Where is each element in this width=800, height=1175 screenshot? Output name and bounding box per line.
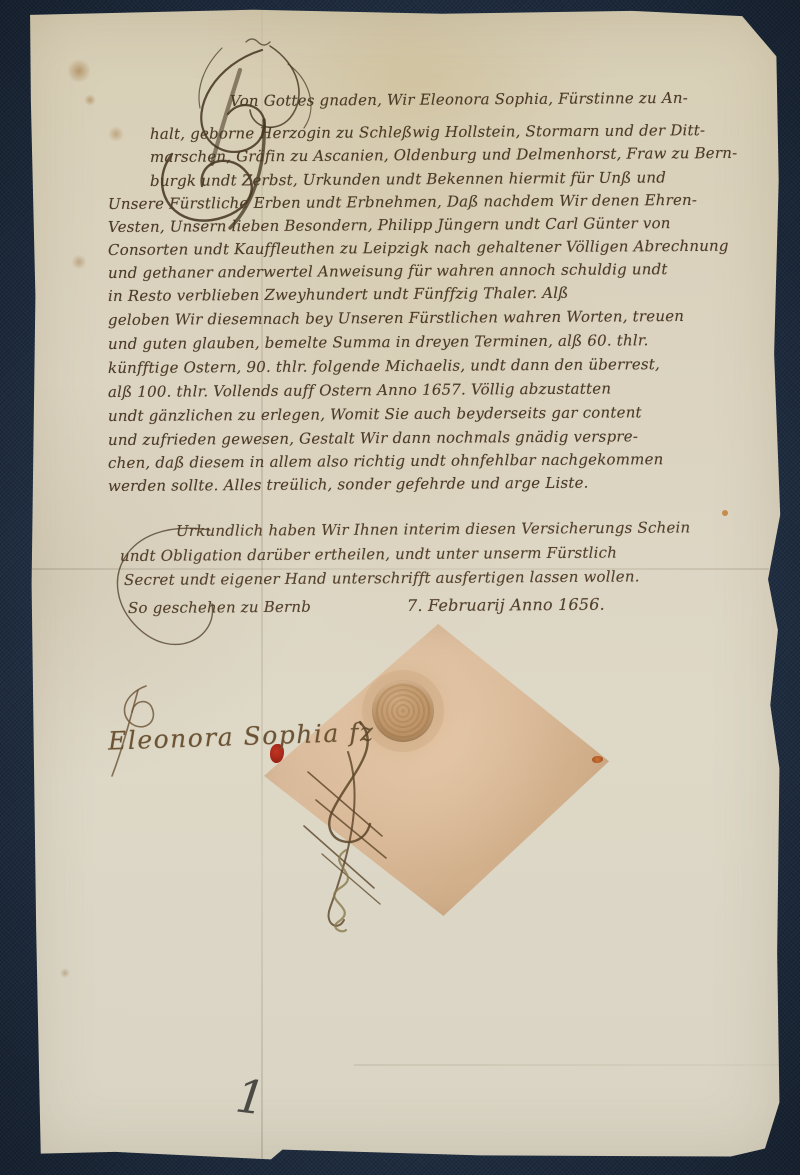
- page-number: 1: [233, 1072, 268, 1121]
- foxing-stain: [60, 968, 70, 978]
- text-line: und zufrieden gewesen, Gestalt Wir dann …: [108, 427, 638, 449]
- dateline-date: 7. Februarij Anno 1656.: [407, 595, 605, 615]
- text-line: Vesten, Unsern lieben Besondern, Philipp…: [108, 214, 671, 236]
- text-line: geloben Wir diesemnach bey Unseren Fürst…: [108, 307, 684, 329]
- text-line: künfftige Ostern, 90. thlr. folgende Mic…: [108, 355, 660, 377]
- foxing-stain: [84, 94, 96, 106]
- text-line: werden sollte. Alles treülich, sonder ge…: [108, 474, 589, 495]
- text-line: alß 100. thlr. Vollends auff Ostern Anno…: [108, 379, 611, 401]
- text-line: undt Obligation darüber ertheilen, undt …: [120, 544, 617, 565]
- foxing-stain: [72, 254, 86, 270]
- dateline-place: So geschehen zu Bernb: [128, 598, 311, 617]
- tail-squiggle-flourish: [316, 846, 371, 936]
- ink-speck: [722, 510, 728, 516]
- horizontal-fold-crease-bottom: [354, 1064, 800, 1066]
- text-line: marschen, Gräfin zu Ascanien, Oldenburg …: [150, 144, 737, 166]
- text-line: und guten glauben, bemelte Summa in drey…: [108, 331, 649, 353]
- manuscript-paper: Von Gottes gnaden, Wir Eleonora Sophia, …: [24, 8, 784, 1160]
- dateline: So geschehen zu Bernb7. Februarij Anno 1…: [128, 595, 605, 618]
- text-line: Consorten undt Kauffleuthen zu Leipzigk …: [108, 237, 729, 259]
- text-line: Secret undt eigener Hand unterschrifft a…: [124, 567, 640, 589]
- text-line: Unsere Fürstliche Erben undt Erbnehmen, …: [108, 191, 697, 213]
- text-line: und gethaner anderwertel Anweisung für w…: [108, 260, 668, 282]
- text-line: chen, daß diesem in allem also richtig u…: [108, 450, 664, 472]
- foxing-stain: [68, 58, 90, 84]
- text-line: undt gänzlichen zu erlegen, Womit Sie au…: [108, 403, 642, 425]
- text-line: halt, geborne Herzogin zu Schleßwig Holl…: [150, 121, 705, 143]
- text-line: burgk undt Zerbst, Urkunden undt Bekenne…: [150, 168, 666, 190]
- text-line: Von Gottes gnaden, Wir Eleonora Sophia, …: [230, 89, 688, 110]
- text-line: Urkundlich haben Wir Ihnen interim diese…: [176, 518, 690, 540]
- text-line: in Resto verblieben Zweyhundert undt Fün…: [108, 284, 569, 305]
